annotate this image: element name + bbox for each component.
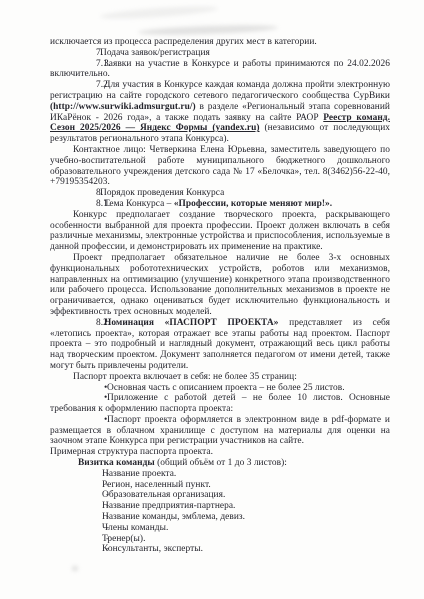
- dash-marker: -: [78, 523, 102, 534]
- dash-marker: -: [78, 512, 102, 523]
- project-requirements-paragraph: Проект предполагает обязательное наличие…: [50, 253, 390, 318]
- dash-marker: -: [78, 544, 102, 555]
- clause-number: 8.1.: [73, 199, 104, 210]
- section-8-heading: 8.Порядок проведения Конкурса: [50, 188, 390, 199]
- dash-item-partner-company: -Название предприятия-партнера.: [50, 501, 390, 512]
- contact-person-paragraph: Контактное лицо: Четверкина Елена Юрьевн…: [50, 145, 390, 188]
- text-run: Тренер(ы).: [102, 534, 145, 544]
- heading-text: Порядок проведения Конкурса: [100, 188, 224, 198]
- dash-item-team-members: -Члены команды.: [50, 523, 390, 534]
- passport-contents-intro: Паспорт проекта включает в себя: не боле…: [50, 372, 390, 383]
- clause-8-2-nomination: 8.2.Номинация «ПАСПОРТ ПРОЕКТА» представ…: [50, 318, 390, 372]
- passport-structure-note: Примерная структура паспорта проекта.: [50, 447, 390, 458]
- dash-marker: -: [78, 480, 102, 491]
- dash-item-project-name: -Название проекта.: [50, 469, 390, 480]
- dash-marker: -: [78, 490, 102, 501]
- dash-marker: -: [78, 534, 102, 545]
- text-run: Регион, населенный пункт.: [102, 480, 211, 490]
- team-card-label: Визитка команды: [78, 458, 155, 468]
- clause-7-1: 7.1.Заявки на участие в Конкурсе и работ…: [50, 59, 390, 81]
- text-run: Контактное лицо: Четверкина Елена Юрьевн…: [50, 145, 390, 187]
- bullet-marker: •: [77, 393, 107, 404]
- document-page: исключается из процесса распределения др…: [50, 37, 390, 555]
- bullet-item-pdf-format: •Паспорт проекта оформляется в электронн…: [50, 415, 390, 447]
- heading-text: Подача заявок/регистрация: [100, 48, 210, 58]
- text-run: Примерная структура паспорта проекта.: [50, 447, 213, 457]
- dash-item-trainers: -Тренер(ы).: [50, 534, 390, 545]
- text-run: Консультанты, эксперты.: [102, 544, 203, 554]
- team-card-heading: Визитка команды (общий объём от 1 до 3 л…: [50, 458, 390, 469]
- bullet-item-main-part: •Основная часть с описанием проекта – не…: [50, 383, 390, 394]
- continuation-text: исключается из процесса распределения др…: [50, 37, 390, 48]
- dash-item-region: -Регион, населенный пункт.: [50, 480, 390, 491]
- text-run: Название проекта.: [102, 469, 176, 479]
- text-run: Образовательная организация.: [102, 490, 225, 500]
- clause-7-2: 7.2.Для участия в Конкурсе каждая команд…: [50, 80, 390, 145]
- dash-item-team-name: -Название команды, эмблема, девиз.: [50, 512, 390, 523]
- text-run: Тема Конкурса –: [104, 199, 174, 209]
- clause-8-1-theme: 8.1.Тема Конкурса – «Профессии, которые …: [50, 199, 390, 210]
- clause-number: 7.: [73, 48, 100, 59]
- text-run: Название предприятия-партнера.: [102, 501, 235, 511]
- scan-artifact-top-streak: [138, 24, 278, 37]
- dash-item-organization: -Образовательная организация.: [50, 490, 390, 501]
- bullet-marker: •: [77, 415, 107, 426]
- text-run: Проект предполагает обязательное наличие…: [50, 253, 390, 317]
- text-run: Члены команды.: [102, 523, 168, 533]
- clause-number: 7.1.: [73, 59, 104, 70]
- text-run: Название команды, эмблема, девиз.: [102, 512, 245, 522]
- clause-number: 7.2.: [73, 80, 104, 91]
- clause-number: 8.: [73, 188, 100, 199]
- dash-marker: -: [78, 469, 102, 480]
- bullet-marker: •: [77, 383, 107, 394]
- nomination-title: Номинация «ПАСПОРТ ПРОЕКТА»: [104, 318, 278, 328]
- scan-artifact-top-smudge: [100, 4, 218, 21]
- theme-title: «Профессии, которые меняют мир!».: [174, 199, 332, 209]
- dash-item-consultants: -Консультанты, эксперты.: [50, 544, 390, 555]
- theme-description-paragraph: Конкурс предполагает создание творческог…: [50, 210, 390, 253]
- text-run: (общий объём от 1 до 3 листов):: [155, 458, 287, 468]
- text-run: исключается из процесса распределения др…: [50, 37, 317, 47]
- text-run: Конкурс предполагает создание творческог…: [50, 210, 390, 252]
- text-run: Паспорт проекта включает в себя: не боле…: [73, 372, 297, 382]
- clause-number: 8.2.: [73, 318, 104, 329]
- section-7-heading: 7.Подача заявок/регистрация: [50, 48, 390, 59]
- dash-marker: -: [78, 501, 102, 512]
- bullet-item-appendix: •Приложение с работой детей – не более 1…: [50, 393, 390, 415]
- scan-artifact-bottom-dot: [72, 566, 78, 571]
- surwiki-url: (http://www.surwiki.admsurgut.ru/): [50, 102, 196, 112]
- text-run: Основная часть с описанием проекта – не …: [107, 383, 345, 393]
